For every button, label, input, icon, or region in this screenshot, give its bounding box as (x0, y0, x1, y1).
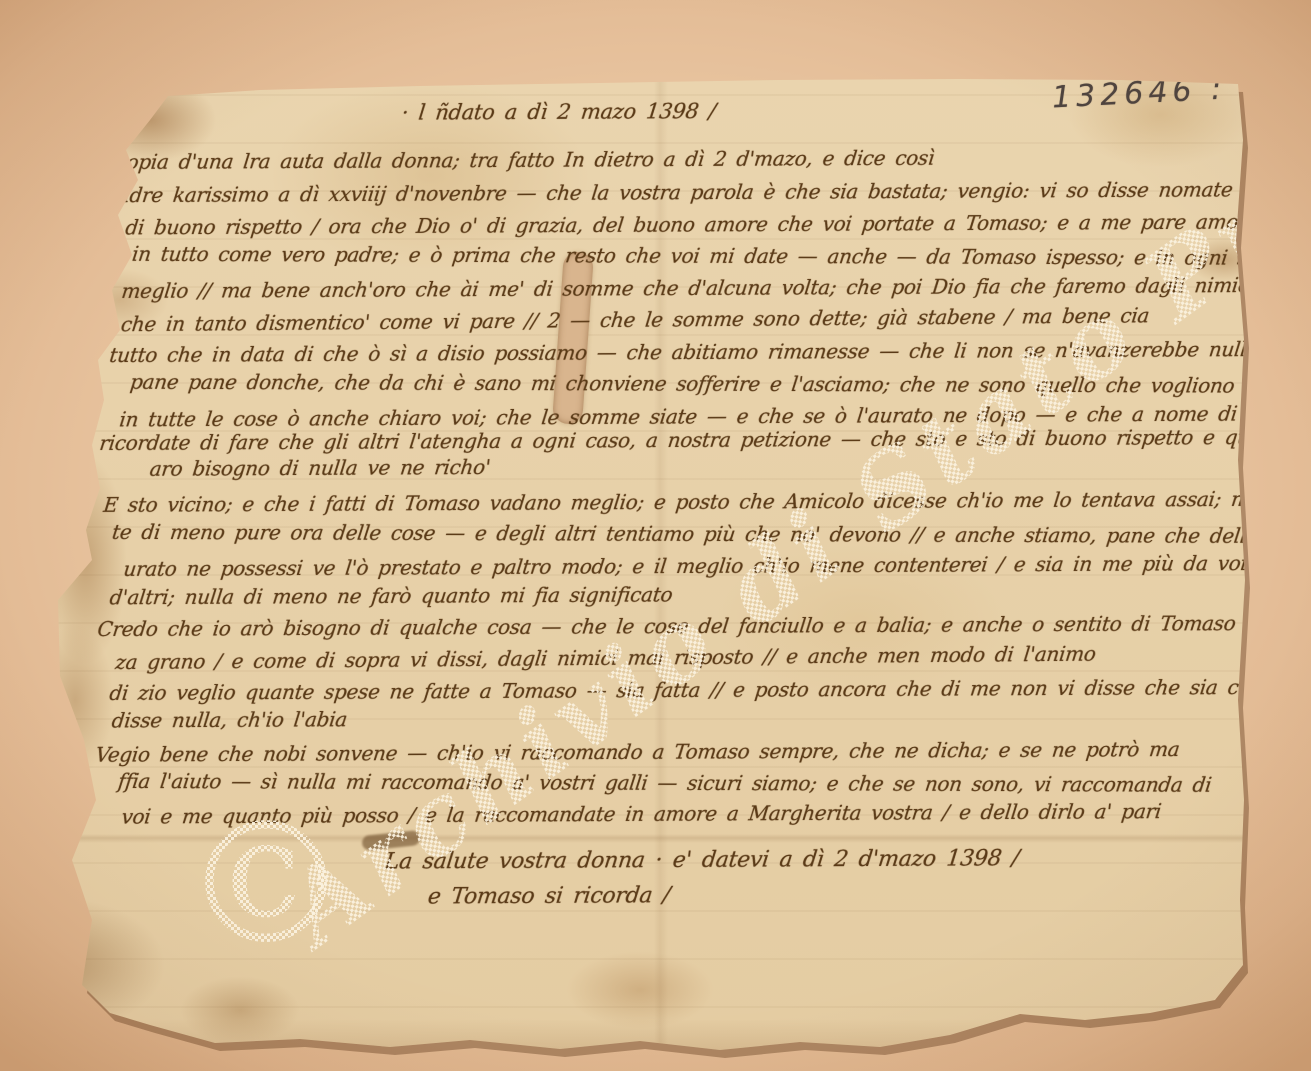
manuscript-line: padre karissimo a dì xxviiij d'novenbre … (104, 177, 1311, 208)
manuscript-line: E sto vicino; e che i fatti di Tomaso va… (102, 487, 1257, 517)
manuscript-line: aro bisogno di nulla ve ne richo' (148, 455, 491, 481)
ink-smudge (361, 830, 420, 851)
manuscript-line: Copia d'una lra auta dalla donna; tra fa… (110, 146, 935, 174)
archive-number: 132646 : (1051, 71, 1227, 115)
manuscript-line: te di meno pure ora delle cose — e degli… (111, 520, 1260, 548)
manuscript-line: tutto che in data di che ò sì a disio po… (108, 337, 1311, 367)
manuscript-line: ffia l'aiuto — sì nulla mi raccomando a'… (117, 769, 1213, 797)
manuscript-line: di buono rispetto / ora che Dio o' di gr… (124, 208, 1311, 239)
manuscript-paper: 132646 : · l ñdato a dì 2 mazo 1398 / Co… (0, 0, 1311, 1071)
closing-date-line: La salute vostra donna · e' datevi a dì … (383, 846, 1020, 874)
manuscript-line: ricordate di fare che gli altri l'atengh… (98, 425, 1300, 455)
manuscript-line: Credo che io arò bisogno di qualche cosa… (96, 611, 1311, 641)
manuscript-line: in tutto come vero padre; e ò prima che … (131, 242, 1311, 270)
manuscript-line: disse nulla, ch'io l'abia (111, 707, 349, 732)
scanned-letter-image: 132646 : · l ñdato a dì 2 mazo 1398 / Co… (0, 0, 1311, 1071)
manuscript-line: di zio veglio quante spese ne fatte a To… (108, 675, 1293, 705)
manuscript-line: e che in tanto dismentico' come vi pare … (98, 303, 1151, 336)
manuscript-line: pane pane donche, che da chi è sano mi c… (129, 370, 1311, 398)
manuscript-line: d'altri; nulla di meno ne farò quanto mi… (108, 583, 673, 610)
manuscript-line: za grano / e come di sopra vi dissi, dag… (114, 642, 1097, 675)
manuscript-line: meglio // ma bene anch'oro che ài me' di… (120, 273, 1303, 303)
signature-line: e Tomaso si ricorda / (426, 883, 671, 909)
manuscript-line: urato ne possessi ve l'ò prestato e palt… (122, 551, 1293, 581)
date-header-line: · l ñdato a dì 2 mazo 1398 / (400, 99, 717, 125)
manuscript-line: voi e me quanto più posso / e la raccoma… (120, 799, 1162, 828)
manuscript-line: Vegio bene che nobi sonvene — ch'io vi r… (94, 737, 1181, 767)
